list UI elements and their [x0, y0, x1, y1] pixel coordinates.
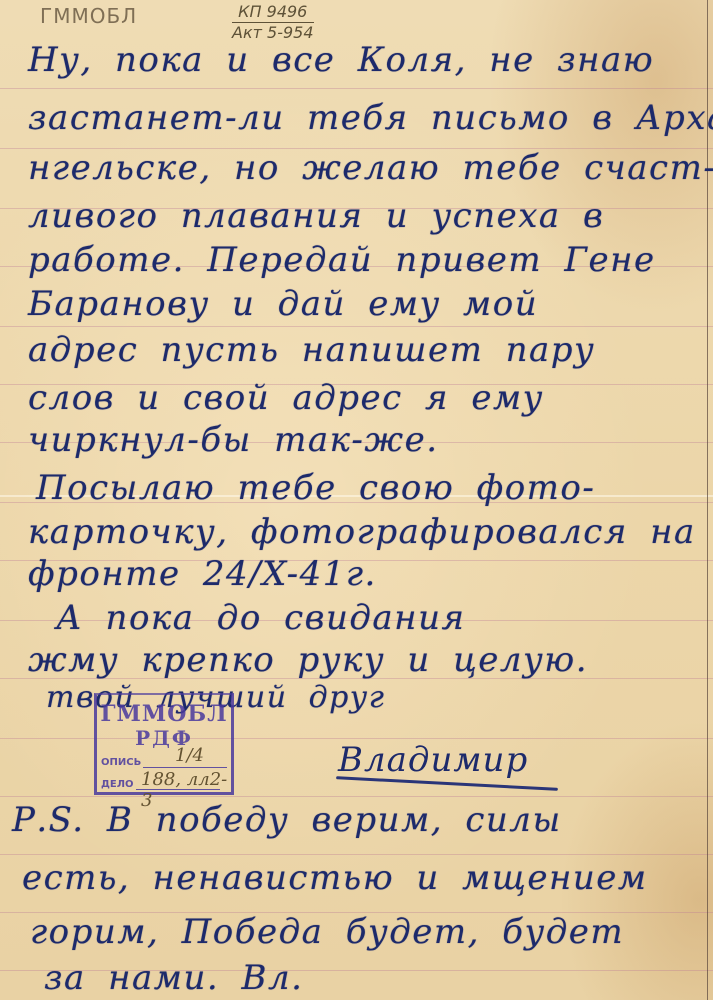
- stamp-opis-label: ОПИСЬ: [101, 757, 141, 768]
- letter-line: Баранову и дай ему мой: [28, 284, 538, 324]
- postscript-line: за нами. Вл.: [44, 958, 303, 998]
- letter-body: Ну, пока и все Коля, не знаю застанет-ли…: [0, 0, 713, 1000]
- postscript-line: Р.S. В победу верим, силы: [12, 800, 562, 840]
- postscript-line: горим, Победа будет, будет: [30, 912, 624, 952]
- letter-line: слов и свой адрес я ему: [28, 378, 544, 418]
- archive-stamp: ГММОБЛ РДФ ОПИСЬ ДЕЛО 1/4 188, лл2-3: [94, 693, 234, 795]
- letter-line: А пока до свидания: [56, 598, 465, 638]
- postscript-line: есть, ненавистью и мщением: [22, 858, 648, 898]
- stamp-opis-row: ОПИСЬ: [101, 753, 227, 768]
- letter-line: адрес пусть напишет пару: [28, 330, 595, 370]
- signature: Владимир: [338, 740, 528, 780]
- letter-line: жму крепко руку и целую.: [28, 640, 588, 680]
- letter-line: работе. Передай привет Гене: [28, 240, 656, 280]
- letter-line: Посылаю тебе свою фото-: [36, 468, 595, 508]
- letter-line: карточку, фотографировался на: [28, 512, 696, 552]
- stamp-title: ГММОБЛ: [97, 701, 231, 727]
- letter-line: ливого плавания и успеха в: [28, 196, 604, 236]
- stamp-opis-value: 1/4: [175, 745, 204, 766]
- letter-line: застанет-ли тебя письмо в Арха-: [28, 98, 713, 138]
- stamp-subtitle: РДФ: [97, 726, 231, 750]
- letter-line: чиркнул-бы так-же.: [28, 420, 439, 460]
- letter-line: Ну, пока и все Коля, не знаю: [28, 40, 654, 80]
- letter-line: нгельске, но желаю тебе счаст-: [28, 148, 713, 188]
- stamp-delo-label: ДЕЛО: [101, 779, 134, 790]
- letter-line: фронте 24/X-41г.: [28, 554, 377, 594]
